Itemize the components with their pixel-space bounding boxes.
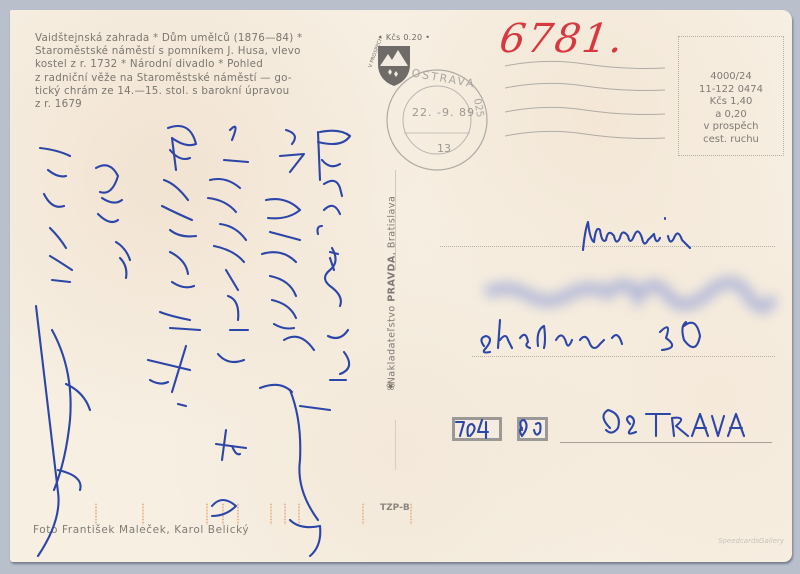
stamp-line: v prospěch	[679, 121, 783, 134]
ruler-dots	[410, 503, 412, 525]
address-line-1	[440, 246, 775, 247]
zip-box-2	[517, 417, 548, 441]
stamp-line: a 0,20	[679, 109, 783, 122]
stamp-line: Kčs 1,40	[679, 96, 783, 109]
zip-box-1	[452, 417, 502, 441]
ruler-dots	[206, 503, 208, 525]
ruler-dots	[298, 503, 300, 525]
stamp-area: 4000/24 11-122 0474 Kčs 1,40 a 0,20 v pr…	[678, 36, 784, 156]
publisher-imprint: Nakladateľstvo PRAVDA, Bratislava	[387, 196, 398, 385]
caption-line: tický chrám ze 14.—15. stol. s barokní ú…	[35, 85, 335, 98]
caption-line: z r. 1679	[35, 98, 335, 111]
ruler-dots	[362, 503, 364, 525]
caption-line: Vaidštejnská zahrada * Dům umělců (1876—…	[35, 32, 335, 45]
postmark-number: 13	[437, 142, 451, 155]
ruler-dots	[142, 503, 144, 525]
ruler-dots	[237, 503, 239, 525]
caption-line: z radniční věže na Staroměstské náměstí …	[35, 72, 335, 85]
photo-credit: Foto František Maleček, Karol Belický	[33, 524, 249, 536]
ruler-dots	[95, 503, 97, 525]
wavy-cancellation-lines	[505, 58, 665, 158]
center-divider-lower	[395, 420, 396, 470]
ruler-dots	[222, 503, 224, 525]
address-line-3	[472, 356, 775, 357]
publisher-city: , Bratislava	[387, 196, 398, 256]
publisher-prefix: Nakladateľstvo	[387, 302, 398, 385]
red-handwritten-number: 6781.	[497, 16, 628, 62]
photo-caption: Vaidštejnská zahrada * Dům umělců (1876—…	[35, 32, 335, 111]
caption-line: Staroměstské náměstí s pomníkem J. Husa,…	[35, 45, 335, 58]
watermark: SpeedcardsGallery	[718, 537, 784, 545]
publisher-name: PRAVDA	[387, 255, 398, 302]
series-code: TZP-B	[380, 503, 410, 513]
ruler-dots	[270, 503, 272, 525]
stamp-line: cest. ruchu	[679, 134, 783, 147]
publisher-logo-icon: ❀	[386, 380, 395, 393]
postmark-icon: OSTRAVA 025	[382, 65, 492, 175]
city-line	[560, 442, 772, 443]
ruler-dots	[284, 503, 286, 525]
stamp-line: 4000/24	[679, 71, 783, 84]
stamp-line: 11-122 0474	[679, 84, 783, 97]
caption-line: kostel z r. 1732 * Národní divadlo * Poh…	[35, 58, 335, 71]
postmark-date: 22. -9. 89	[412, 106, 475, 119]
